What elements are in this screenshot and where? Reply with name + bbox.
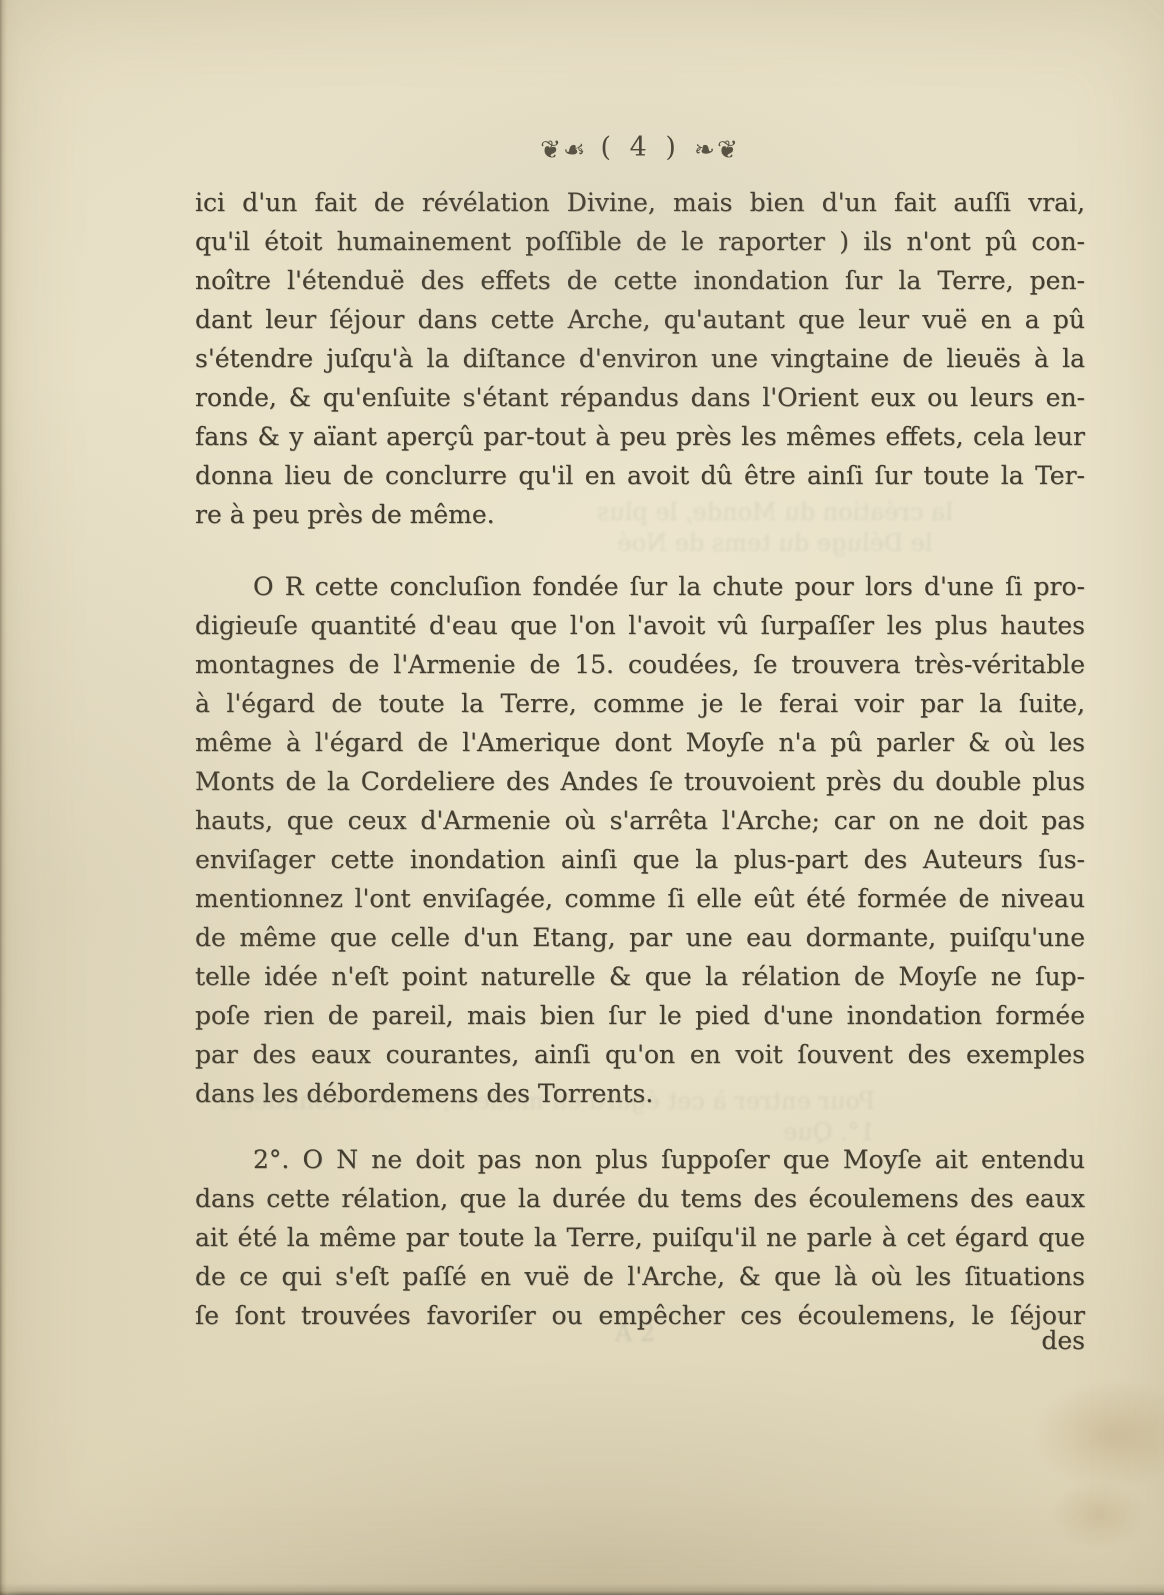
text-line: noître l'étenduë des effets de cette ino… [195, 261, 1085, 300]
page-number: ( 4 ) [601, 132, 681, 163]
catchword: des [195, 1326, 1085, 1355]
paragraph: ici d'un fait de révélation Divine, mais… [195, 183, 1085, 534]
paragraph: 2°. O N ne doit pas non plus ſuppoſer qu… [195, 1140, 1085, 1335]
text-line: re à peu près de même. [195, 495, 1085, 534]
page-header: ❦☙ ( 4 ) ❧❦ [195, 132, 1085, 164]
text-line: s'étendre juſqu'à la diſtance d'environ … [195, 339, 1085, 378]
text-line: de même que celle d'un Etang, par une ea… [195, 918, 1085, 957]
text-line: ait été la même par toute la Terre, puiſ… [195, 1218, 1085, 1257]
text-line: O R cette concluſion fondée ſur la chute… [195, 567, 1085, 606]
text-line: dans les débordemens des Torrents. [195, 1074, 1085, 1113]
text-line: mentionnez l'ont enviſagée, comme ſi ell… [195, 879, 1085, 918]
text-line: ici d'un fait de révélation Divine, mais… [195, 183, 1085, 222]
text-line: montagnes de l'Armenie de 15. coudées, ſ… [195, 645, 1085, 684]
scanned-book-page: ❦☙ ( 4 ) ❧❦ ici d'un fait de révélation … [0, 0, 1164, 1595]
text-line: par des eaux courantes, ainſi qu'on en v… [195, 1035, 1085, 1074]
text-line: à l'égard de toute la Terre, comme je le… [195, 684, 1085, 723]
text-line: telle idée n'eſt point naturelle & que l… [195, 957, 1085, 996]
page-text-block: ici d'un fait de révélation Divine, mais… [195, 183, 1085, 1335]
text-line: donna lieu de conclurre qu'il en avoit d… [195, 456, 1085, 495]
text-line: Monts de la Cordeliere des Andes ſe trou… [195, 762, 1085, 801]
paragraph: O R cette concluſion fondée ſur la chute… [195, 567, 1085, 1113]
text-line: dans cette rélation, que la durée du tem… [195, 1179, 1085, 1218]
text-line: ronde, & qu'enſuite s'étant répandus dan… [195, 378, 1085, 417]
text-line: 2°. O N ne doit pas non plus ſuppoſer qu… [195, 1140, 1085, 1179]
text-line: poſe rien de pareil, mais bien ſur le pi… [195, 996, 1085, 1035]
text-line: qu'il étoit humainement poſſible de le r… [195, 222, 1085, 261]
fleuron-ornament-left-icon: ❦☙ [540, 135, 587, 164]
text-line: digieuſe quantité d'eau que l'on l'avoit… [195, 606, 1085, 645]
text-line: fans & y aïant aperçû par-tout à peu prè… [195, 417, 1085, 456]
text-line: de ce qui s'eſt paſſé en vuë de l'Arche,… [195, 1257, 1085, 1296]
text-line: enviſager cette inondation ainſi que la … [195, 840, 1085, 879]
text-line: hauts, que ceux d'Armenie où s'arrêta l'… [195, 801, 1085, 840]
fleuron-ornament-right-icon: ❧❦ [694, 135, 740, 164]
text-line: même à l'égard de l'Amerique dont Moyſe … [195, 723, 1085, 762]
text-line: dant leur ſéjour dans cette Arche, qu'au… [195, 300, 1085, 339]
